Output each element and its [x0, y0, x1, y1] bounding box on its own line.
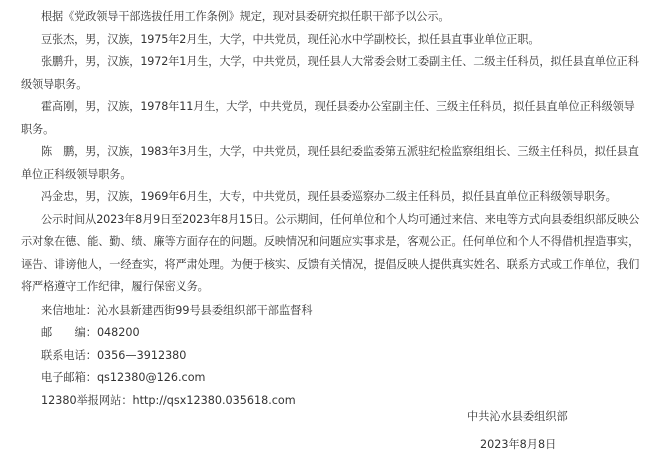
contact-address: 来信地址：沁水县新建西街99号县委组织部干部监督科 — [21, 300, 581, 323]
candidate-4-line-2: 单位正科级领导职务。 — [21, 164, 581, 187]
notice-document: 根据《党政领导干部选拔任用工作条例》规定，现对县委研究拟任职干部予以公示。 豆张… — [21, 6, 581, 412]
signature-org: 中共沁水县委组织部 — [467, 408, 568, 424]
contact-postcode: 邮 编：048200 — [21, 322, 581, 345]
notice-line-1: 公示时间从2023年8月9日至2023年8月15日。公示期间，任何单位和个人均可… — [21, 209, 581, 232]
contact-phone: 联系电话：0356—3912380 — [21, 345, 581, 368]
candidate-1: 豆张杰，男，汉族，1975年2月生，大学，中共党员，现任沁水中学副校长，拟任县直… — [21, 29, 581, 52]
candidate-2-line-1: 张鹏升，男，汉族，1972年1月生，大学，中共党员，现任县人大常委会财工委副主任… — [21, 51, 581, 74]
notice-line-4: 将严格遵守工作纪律，履行保密义务。 — [21, 276, 581, 299]
candidate-3-line-1: 霍高刚，男，汉族，1978年11月生，大学，中共党员，现任县委办公室副主任、三级… — [21, 96, 581, 119]
intro-paragraph: 根据《党政领导干部选拔任用工作条例》规定，现对县委研究拟任职干部予以公示。 — [21, 6, 581, 29]
signature-date: 2023年8月8日 — [480, 436, 556, 452]
candidate-4-line-1: 陈 鹏，男，汉族，1983年3月生，大学，中共党员，现任县纪委监委第五派驻纪检监… — [21, 141, 581, 164]
candidate-5: 冯金忠，男，汉族，1969年6月生，大专，中共党员，现任县委巡察办二级主任科员，… — [21, 186, 581, 209]
candidate-2-line-2: 级领导职务。 — [21, 74, 581, 97]
candidate-3-line-2: 职务。 — [21, 119, 581, 142]
notice-line-2: 示对象在德、能、勤、绩、廉等方面存在的问题。反映情况和问题应实事求是，客观公正。… — [21, 231, 581, 254]
contact-email: 电子邮箱：qs12380@126.com — [21, 367, 581, 390]
notice-line-3: 诬告、诽谤他人，一经查实，将严肃处理。为便于核实、反馈有关情况，提倡反映人提供真… — [21, 254, 581, 277]
